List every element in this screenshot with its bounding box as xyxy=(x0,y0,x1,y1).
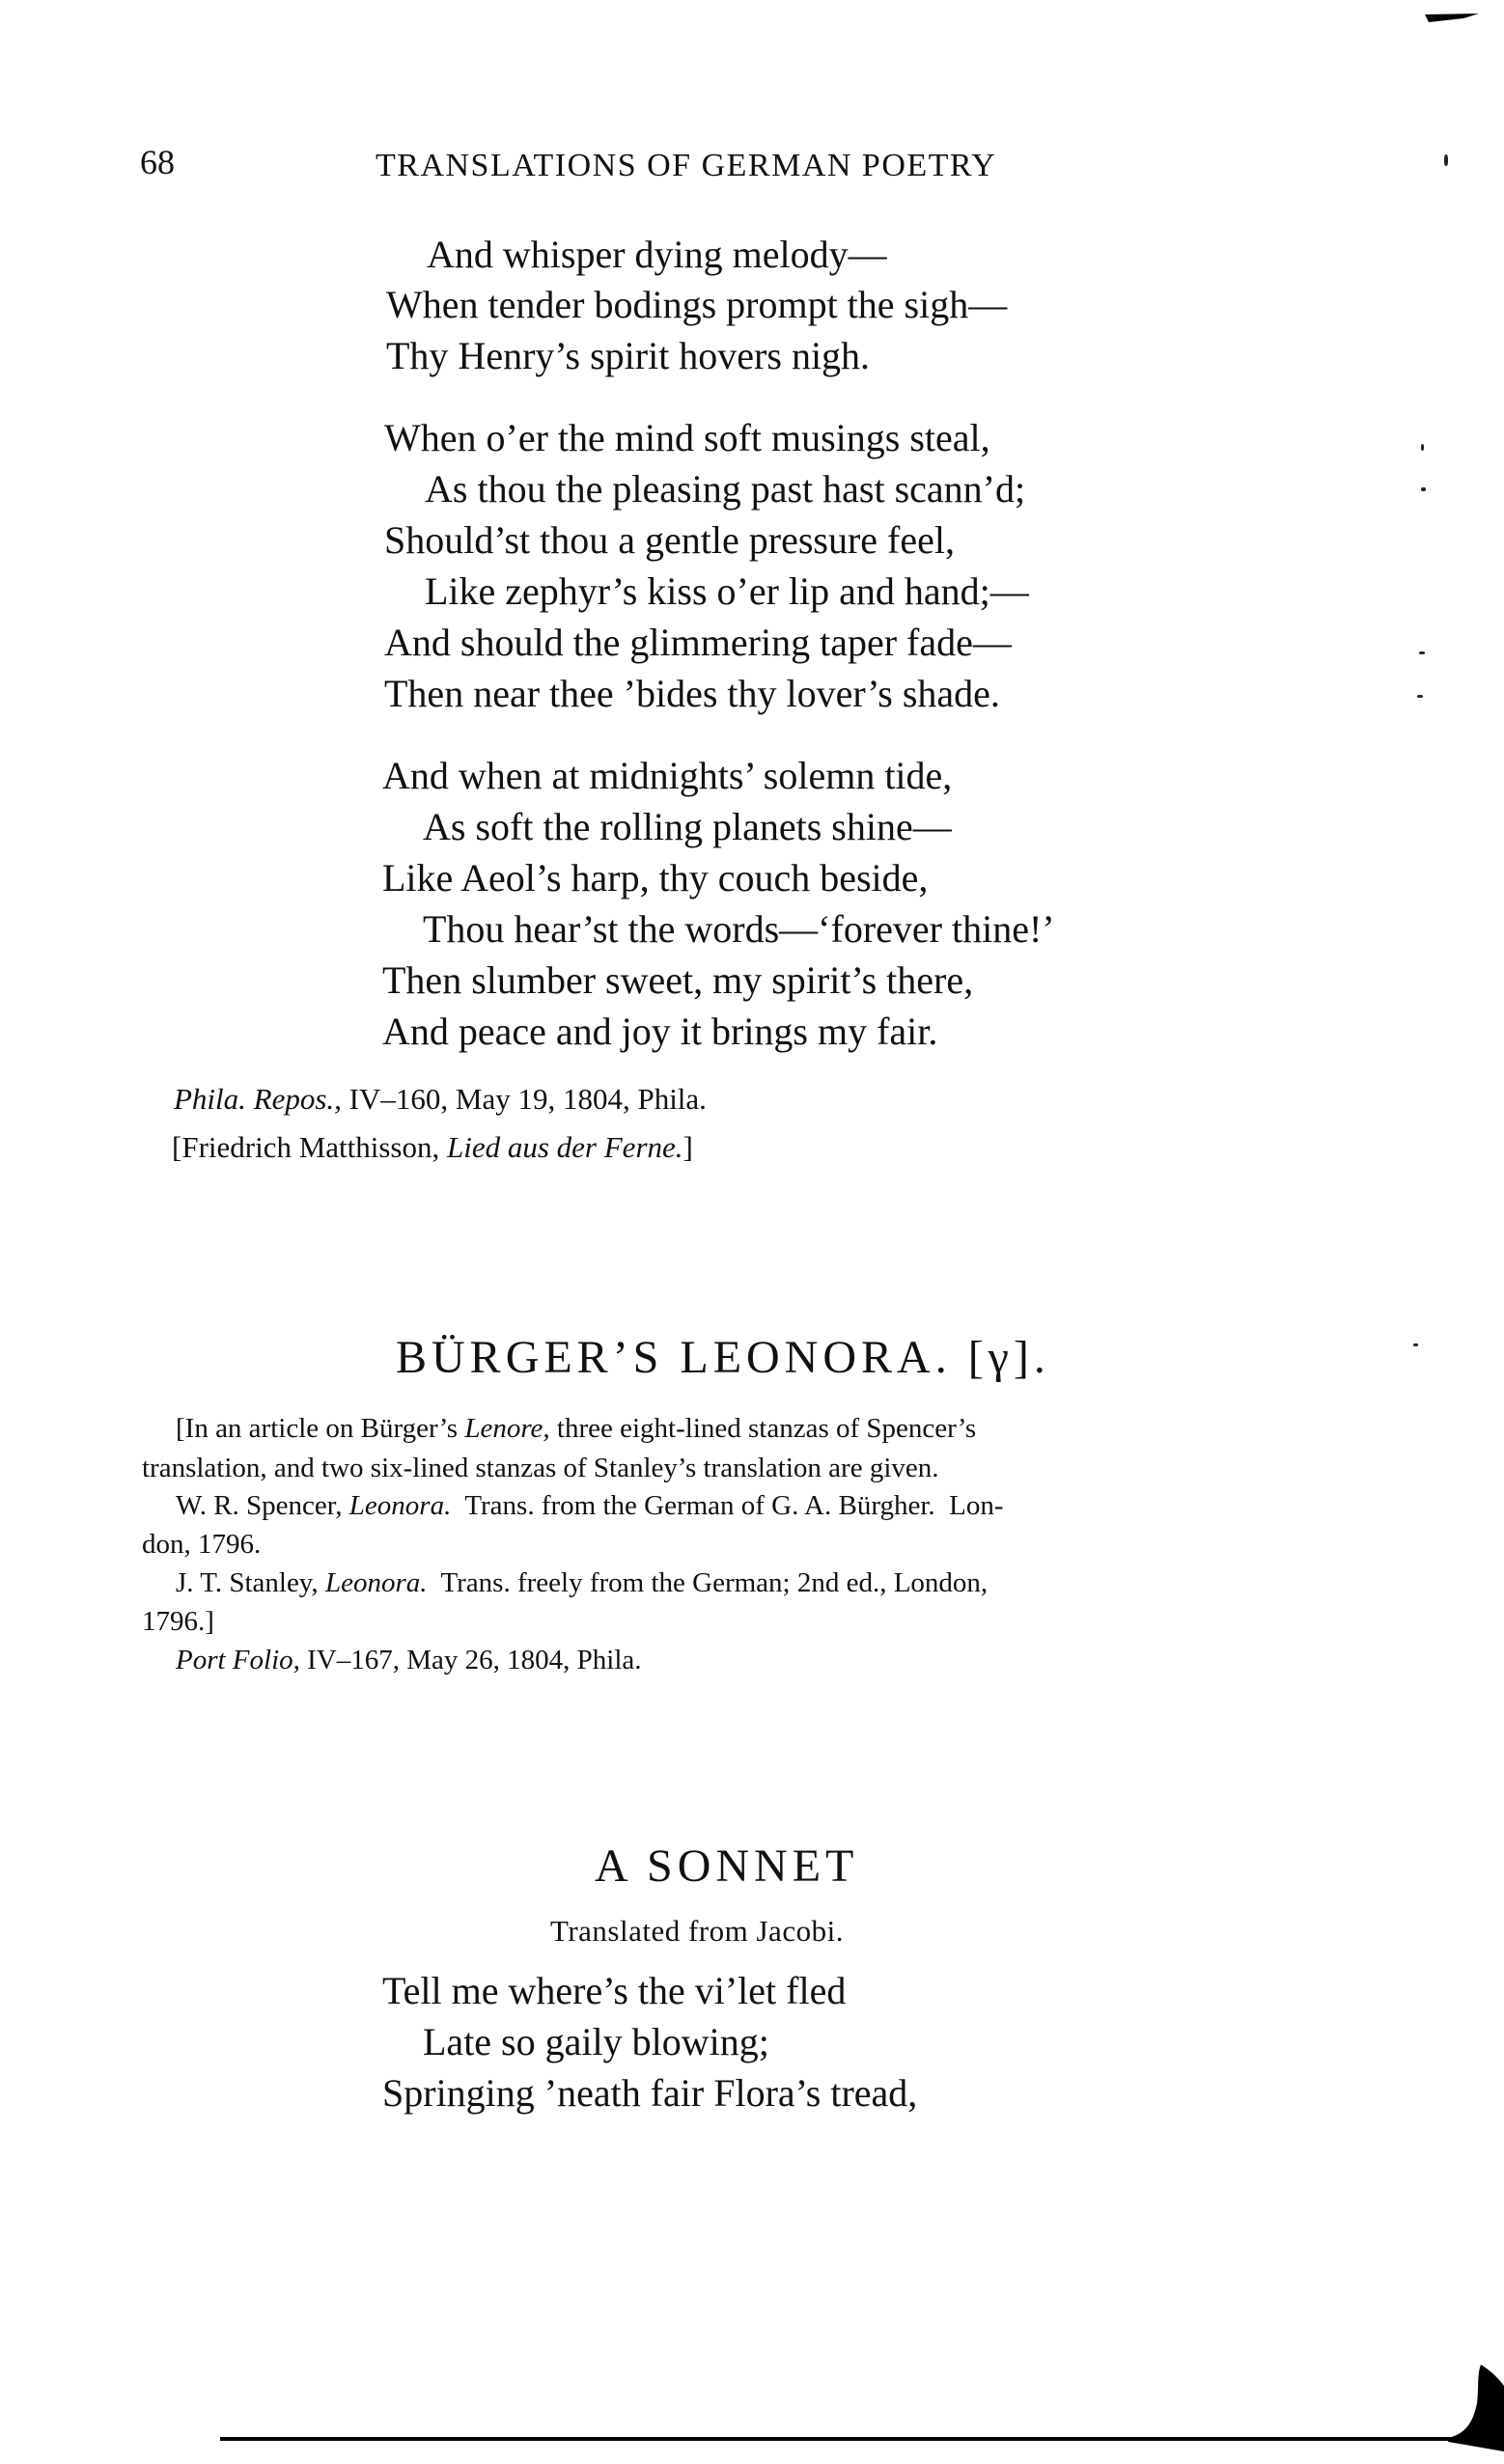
scan-speck xyxy=(1421,487,1426,491)
verse-line: Thou hear’st the words—‘forever thine!’ xyxy=(423,910,1055,949)
verse-line: Tell me where’s the vi’let fled xyxy=(382,1972,846,2010)
verse-line: Springing ’neath fair Flora’s tread, xyxy=(382,2074,917,2113)
source-citation: Phila. Repos., IV–160, May 19, 1804, Phi… xyxy=(174,1084,707,1114)
verse-line: As thou the pleasing past hast scann’d; xyxy=(425,470,1025,509)
verse-line: Like zephyr’s kiss o’er lip and hand;— xyxy=(425,572,1029,611)
scan-speck xyxy=(1419,651,1425,654)
verse-line: Like Aeol’s harp, thy couch beside, xyxy=(382,859,928,898)
note-line: J. T. Stanley, Leonora. Trans. freely fr… xyxy=(176,1569,988,1597)
verse-line: And when at midnights’ solemn tide, xyxy=(382,757,952,795)
scan-speck xyxy=(1417,695,1423,698)
note-text: 1796.] xyxy=(142,1606,214,1637)
verse-line: Then slumber sweet, my spirit’s there, xyxy=(382,961,973,1000)
source-details: IV–160, May 19, 1804, Phila. xyxy=(342,1082,707,1116)
verse-line: And should the glimmering taper fade— xyxy=(384,623,1012,662)
scan-speck xyxy=(1421,444,1424,451)
scan-speck xyxy=(1444,154,1448,166)
section-heading-leonora: BÜRGER’S LEONORA. [γ]. xyxy=(396,1335,1050,1381)
note-line: translation, and two six-lined stanzas o… xyxy=(142,1454,939,1482)
note-line: don, 1796. xyxy=(142,1531,261,1559)
note-text: Trans. from the German of G. A. Bürgher.… xyxy=(451,1490,1003,1521)
verse-line: When o’er the mind soft musings steal, xyxy=(384,419,990,457)
attribution-author: [Friedrich Matthisson, xyxy=(172,1130,447,1164)
verse-line: Should’st thou a gentle pressure feel, xyxy=(384,521,955,560)
note-line: [In an article on Bürger’s Lenore, three… xyxy=(176,1415,1344,1443)
sonnet-subtitle: Translated from Jacobi. xyxy=(550,1916,844,1946)
scan-edge-mark xyxy=(1425,14,1479,22)
note-italic: Leonora. xyxy=(349,1490,452,1521)
attribution-title: Lied aus der Ferne. xyxy=(447,1130,683,1164)
verse-line: When tender bodings prompt the sigh— xyxy=(386,286,1007,324)
attribution-bracket: ] xyxy=(683,1130,693,1164)
note-italic: Port Folio, xyxy=(176,1645,300,1675)
note-text: J. T. Stanley, xyxy=(176,1567,325,1598)
note-text: translation, and two six-lined stanzas o… xyxy=(142,1453,939,1483)
note-italic: Leonora. xyxy=(325,1567,428,1598)
scan-speck xyxy=(1413,1343,1418,1346)
note-text: IV–167, May 26, 1804, Phila. xyxy=(300,1645,642,1675)
note-text: [In an article on Bürger’s xyxy=(176,1413,464,1444)
verse-line: As soft the rolling planets shine— xyxy=(423,808,952,846)
verse-line: Then near thee ’bides thy lover’s shade. xyxy=(384,675,1000,713)
scan-bottom-edge xyxy=(220,2437,1465,2441)
verse-line: And peace and joy it brings my fair. xyxy=(382,1012,937,1051)
note-text: three eight-lined stanzas of Spencer’s xyxy=(550,1413,977,1444)
verse-line: Late so gaily blowing; xyxy=(423,2023,769,2062)
note-text: W. R. Spencer, xyxy=(176,1490,349,1521)
scan-corner-blob xyxy=(1448,2365,1504,2451)
note-line: W. R. Spencer, Leonora. Trans. from the … xyxy=(176,1492,1004,1520)
note-text: don, 1796. xyxy=(142,1529,261,1560)
source-journal: Phila. Repos., xyxy=(174,1082,342,1116)
note-line: 1796.] xyxy=(142,1608,214,1636)
section-heading-sonnet: A SONNET xyxy=(595,1843,858,1890)
note-line: Port Folio, IV–167, May 26, 1804, Phila. xyxy=(176,1647,642,1675)
verse-line: And whisper dying melody— xyxy=(427,235,887,274)
note-italic: Lenore, xyxy=(464,1413,549,1444)
note-text: Trans. freely from the German; 2nd ed., … xyxy=(427,1567,988,1598)
verse-line: Thy Henry’s spirit hovers nigh. xyxy=(386,337,870,375)
page-number: 68 xyxy=(140,145,175,180)
attribution: [Friedrich Matthisson, Lied aus der Fern… xyxy=(172,1132,693,1162)
running-title: TRANSLATIONS OF GERMAN POETRY xyxy=(376,150,996,182)
